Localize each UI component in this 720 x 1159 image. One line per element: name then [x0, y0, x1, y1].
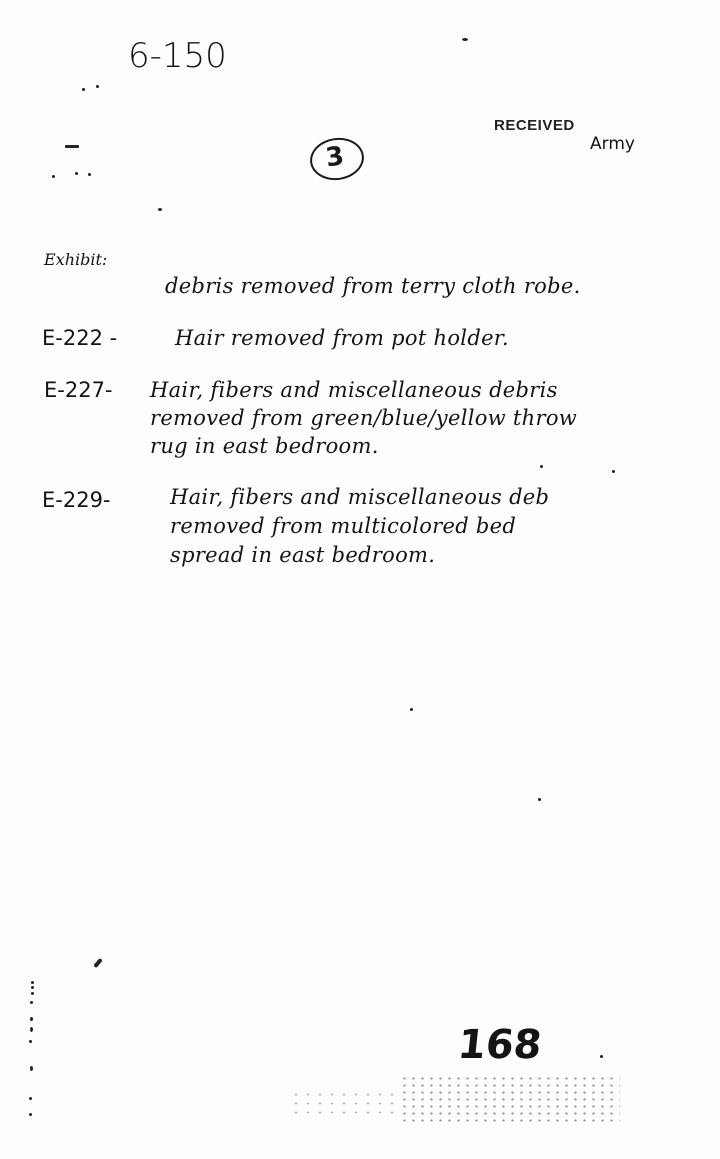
entry-id: E-229-	[42, 488, 111, 512]
scan-speck	[75, 172, 78, 175]
scan-speck	[29, 1040, 32, 1043]
scan-speck	[540, 465, 543, 468]
entry-line: Hair, fibers and miscellaneous debris	[150, 378, 558, 402]
exhibit-heading: Exhibit:	[44, 250, 107, 269]
scan-speck	[30, 1027, 33, 1032]
scan-speck	[158, 208, 162, 211]
scan-speck	[31, 986, 34, 989]
scan-speck	[31, 992, 34, 995]
stamp-annotation-army: Army	[590, 134, 635, 154]
scan-speck	[600, 1055, 603, 1058]
scan-speck	[93, 958, 102, 968]
entry-line: Hair, fibers and miscellaneous deb	[170, 485, 549, 509]
scan-speck	[612, 470, 615, 473]
entry-line: removed from multicolored bed	[170, 514, 516, 538]
scan-speck	[88, 173, 91, 176]
scan-speck	[538, 798, 541, 801]
received-stamp: RECEIVED	[494, 117, 575, 134]
scan-speck	[462, 38, 468, 41]
scan-speck	[82, 88, 85, 91]
entry-line: spread in east bedroom.	[170, 543, 435, 567]
entry-id: E-227-	[44, 378, 113, 402]
entry-line: removed from green/blue/yellow throw	[150, 406, 577, 430]
scan-speck	[30, 1001, 33, 1004]
entry-line: Hair removed from pot holder.	[175, 326, 509, 350]
scan-noise	[400, 1075, 620, 1125]
entry-line: rug in east bedroom.	[150, 434, 379, 458]
entry-id: E-222 -	[42, 326, 117, 350]
circled-page-number: 3	[307, 134, 366, 183]
top-reference-number: 6-150	[128, 36, 227, 76]
scan-speck	[31, 981, 34, 984]
scan-speck	[52, 175, 55, 178]
scan-speck	[29, 1097, 32, 1100]
entry-line: debris removed from terry cloth robe.	[165, 274, 581, 298]
page-number: 168	[456, 1022, 544, 1068]
scan-speck	[29, 1113, 32, 1116]
scan-speck	[65, 145, 79, 148]
scan-speck	[30, 1066, 33, 1071]
scan-speck	[410, 708, 413, 711]
scan-speck	[96, 85, 99, 88]
scan-noise	[290, 1090, 400, 1120]
scan-speck	[30, 1017, 33, 1021]
circled-number-text: 3	[324, 141, 346, 173]
scanned-document-page: 6-150 3 RECEIVED Army Exhibit: debris re…	[0, 0, 720, 1159]
